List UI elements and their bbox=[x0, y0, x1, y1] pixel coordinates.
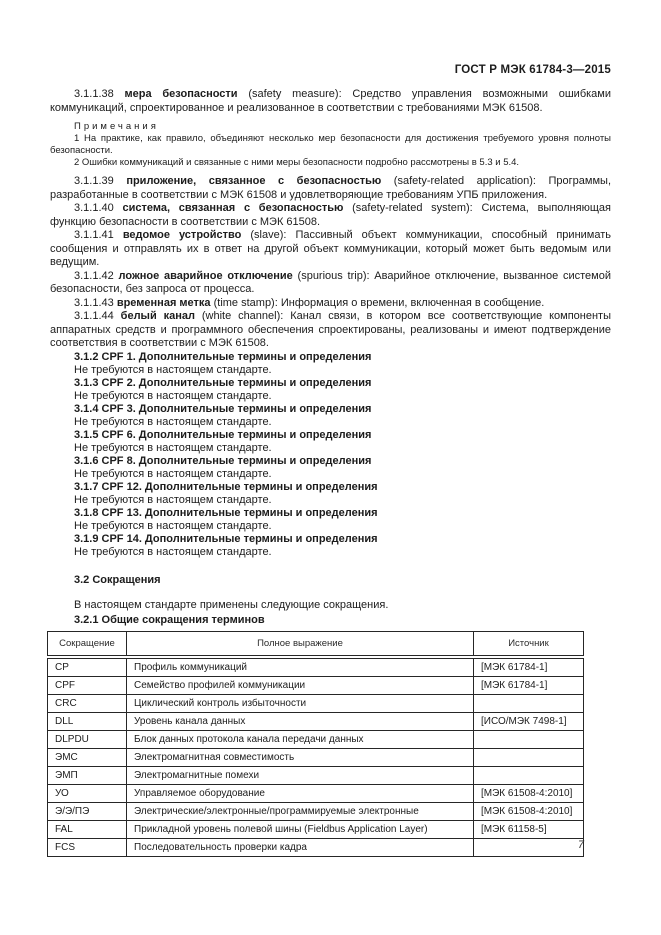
abbr-cell: Э/Э/ПЭ bbox=[48, 803, 127, 821]
expression-cell: Циклический контроль избыточности bbox=[127, 695, 474, 713]
abbreviations-table: Сокращение Полное выражение Источник CP … bbox=[47, 631, 584, 857]
table-row: УО Управляемое оборудование [МЭК 61508-4… bbox=[48, 785, 584, 803]
source-cell bbox=[474, 695, 584, 713]
source-cell: [ИСО/МЭК 7498-1] bbox=[474, 713, 584, 731]
cpf-heading: 3.1.3 CPF 2. Дополнительные термины и оп… bbox=[50, 377, 611, 390]
definition-paragraph: 3.1.1.42 ложное аварийное отключение (sp… bbox=[50, 270, 611, 297]
cpf-body: Не требуются в настоящем стандарте. bbox=[50, 520, 611, 533]
table-header-full-expression: Полное выражение bbox=[127, 632, 474, 658]
abbr-cell: CPF bbox=[48, 677, 127, 695]
notes-label: Примечания bbox=[50, 121, 611, 133]
expression-cell: Электромагнитная совместимость bbox=[127, 749, 474, 767]
source-cell bbox=[474, 731, 584, 749]
cpf-body: Не требуются в настоящем стандарте. bbox=[50, 364, 611, 377]
expression-cell: Электромагнитные помехи bbox=[127, 767, 474, 785]
expression-cell: Семейство профилей коммуникации bbox=[127, 677, 474, 695]
cpf-body: Не требуются в настоящем стандарте. bbox=[50, 442, 611, 455]
table-row: CRC Циклический контроль избыточности bbox=[48, 695, 584, 713]
document-header: ГОСТ Р МЭК 61784-3—2015 bbox=[50, 64, 611, 76]
source-cell bbox=[474, 767, 584, 785]
definition-paragraph: 3.1.1.40 система, связанная с безопаснос… bbox=[50, 202, 611, 229]
expression-cell: Профиль коммуникаций bbox=[127, 657, 474, 677]
abbr-cell: DLL bbox=[48, 713, 127, 731]
table-row: Э/Э/ПЭ Электрические/электронные/програм… bbox=[48, 803, 584, 821]
source-cell: [МЭК 61508-4:2010] bbox=[474, 785, 584, 803]
definition-number: 3.1.1.41 bbox=[74, 229, 114, 241]
definition-term: белый канал bbox=[121, 310, 195, 322]
definition-paragraph: 3.1.1.38 мера безопасности (safety measu… bbox=[50, 88, 611, 115]
cpf-body: Не требуются в настоящем стандарте. bbox=[50, 494, 611, 507]
definition-term: система, связанная с безопасностью bbox=[123, 202, 344, 214]
table-row: ЭМС Электромагнитная совместимость bbox=[48, 749, 584, 767]
cpf-heading: 3.1.9 CPF 14. Дополнительные термины и о… bbox=[50, 533, 611, 546]
cpf-heading: 3.1.6 CPF 8. Дополнительные термины и оп… bbox=[50, 455, 611, 468]
abbreviations-intro: В настоящем стандарте применены следующи… bbox=[50, 599, 611, 613]
notes-block: Примечания 1 На практике, как правило, о… bbox=[50, 121, 611, 169]
cpf-heading: 3.1.8 CPF 13. Дополнительные термины и о… bbox=[50, 507, 611, 520]
definition-number: 3.1.1.40 bbox=[74, 202, 114, 214]
expression-cell: Прикладной уровень полевой шины (Fieldbu… bbox=[127, 821, 474, 839]
abbr-cell: FAL bbox=[48, 821, 127, 839]
source-cell: [МЭК 61508-4:2010] bbox=[474, 803, 584, 821]
definition-term: мера безопасности bbox=[125, 88, 238, 100]
cpf-body: Не требуются в настоящем стандарте. bbox=[50, 390, 611, 403]
table-row: FCS Последовательность проверки кадра bbox=[48, 839, 584, 857]
definition-number: 3.1.1.42 bbox=[74, 270, 114, 282]
cpf-body: Не требуются в настоящем стандарте. bbox=[50, 468, 611, 481]
definition-term: временная метка bbox=[117, 297, 211, 309]
table-row: DLPDU Блок данных протокола канала перед… bbox=[48, 731, 584, 749]
note-item: 2 Ошибки коммуникаций и связанные с ними… bbox=[50, 157, 611, 169]
abbr-cell: FCS bbox=[48, 839, 127, 857]
definition-number: 3.1.1.43 bbox=[74, 297, 114, 309]
source-cell: [МЭК 61158-5] bbox=[474, 821, 584, 839]
section-heading-abbreviations: 3.2 Сокращения bbox=[50, 574, 611, 588]
abbr-cell: ЭМС bbox=[48, 749, 127, 767]
definition-term: ложное аварийное отключение bbox=[119, 270, 293, 282]
cpf-body: Не требуются в настоящем стандарте. bbox=[50, 416, 611, 429]
definition-number: 3.1.1.44 bbox=[74, 310, 114, 322]
abbreviations-table-body: CP Профиль коммуникаций [МЭК 61784-1] CP… bbox=[48, 657, 584, 857]
cpf-heading: 3.1.4 CPF 3. Дополнительные термины и оп… bbox=[50, 403, 611, 416]
expression-cell: Последовательность проверки кадра bbox=[127, 839, 474, 857]
definition-number: 3.1.1.39 bbox=[74, 175, 114, 187]
table-header-row: Сокращение Полное выражение Источник bbox=[48, 632, 584, 658]
page-content: ГОСТ Р МЭК 61784-3—2015 3.1.1.38 мера бе… bbox=[50, 64, 611, 857]
definition-paragraph: 3.1.1.39 приложение, связанное с безопас… bbox=[50, 175, 611, 202]
expression-cell: Электрические/электронные/программируемы… bbox=[127, 803, 474, 821]
expression-cell: Управляемое оборудование bbox=[127, 785, 474, 803]
source-cell bbox=[474, 839, 584, 857]
expression-cell: Уровень канала данных bbox=[127, 713, 474, 731]
cpf-heading: 3.1.5 CPF 6. Дополнительные термины и оп… bbox=[50, 429, 611, 442]
abbr-cell: CP bbox=[48, 657, 127, 677]
definition-number: 3.1.1.38 bbox=[74, 88, 114, 100]
table-row: FAL Прикладной уровень полевой шины (Fie… bbox=[48, 821, 584, 839]
table-row: CPF Семейство профилей коммуникации [МЭК… bbox=[48, 677, 584, 695]
subsection-heading-general-abbreviations: 3.2.1 Общие сокращения терминов bbox=[50, 614, 611, 628]
definition-term: ведомое устройство bbox=[123, 229, 242, 241]
document-page: ГОСТ Р МЭК 61784-3—2015 3.1.1.38 мера бе… bbox=[0, 0, 661, 935]
definition-paragraph: 3.1.1.41 ведомое устройство (slave): Пас… bbox=[50, 229, 611, 270]
abbr-cell: DLPDU bbox=[48, 731, 127, 749]
table-row: CP Профиль коммуникаций [МЭК 61784-1] bbox=[48, 657, 584, 677]
expression-cell: Блок данных протокола канала передачи да… bbox=[127, 731, 474, 749]
page-number: 7 bbox=[578, 839, 584, 851]
abbr-cell: CRC bbox=[48, 695, 127, 713]
table-row: DLL Уровень канала данных [ИСО/МЭК 7498-… bbox=[48, 713, 584, 731]
cpf-heading: 3.1.2 CPF 1. Дополнительные термины и оп… bbox=[50, 351, 611, 364]
source-cell: [МЭК 61784-1] bbox=[474, 657, 584, 677]
abbreviations-table-header: Сокращение Полное выражение Источник bbox=[48, 632, 584, 658]
source-cell: [МЭК 61784-1] bbox=[474, 677, 584, 695]
cpf-heading: 3.1.7 CPF 12. Дополнительные термины и о… bbox=[50, 481, 611, 494]
table-header-abbreviation: Сокращение bbox=[48, 632, 127, 658]
table-row: ЭМП Электромагнитные помехи bbox=[48, 767, 584, 785]
definition-term: приложение, связанное с безопасностью bbox=[126, 175, 381, 187]
note-item: 1 На практике, как правило, объединяют н… bbox=[50, 133, 611, 157]
abbr-cell: ЭМП bbox=[48, 767, 127, 785]
table-header-source: Источник bbox=[474, 632, 584, 658]
source-cell bbox=[474, 749, 584, 767]
definition-text: (time stamp): Информация о времени, вклю… bbox=[211, 297, 545, 309]
definition-paragraph: 3.1.1.44 белый канал (white channel): Ка… bbox=[50, 310, 611, 351]
cpf-sections: 3.1.2 CPF 1. Дополнительные термины и оп… bbox=[50, 351, 611, 559]
abbr-cell: УО bbox=[48, 785, 127, 803]
definition-paragraph: 3.1.1.43 временная метка (time stamp): И… bbox=[50, 297, 611, 311]
cpf-body: Не требуются в настоящем стандарте. bbox=[50, 546, 611, 559]
